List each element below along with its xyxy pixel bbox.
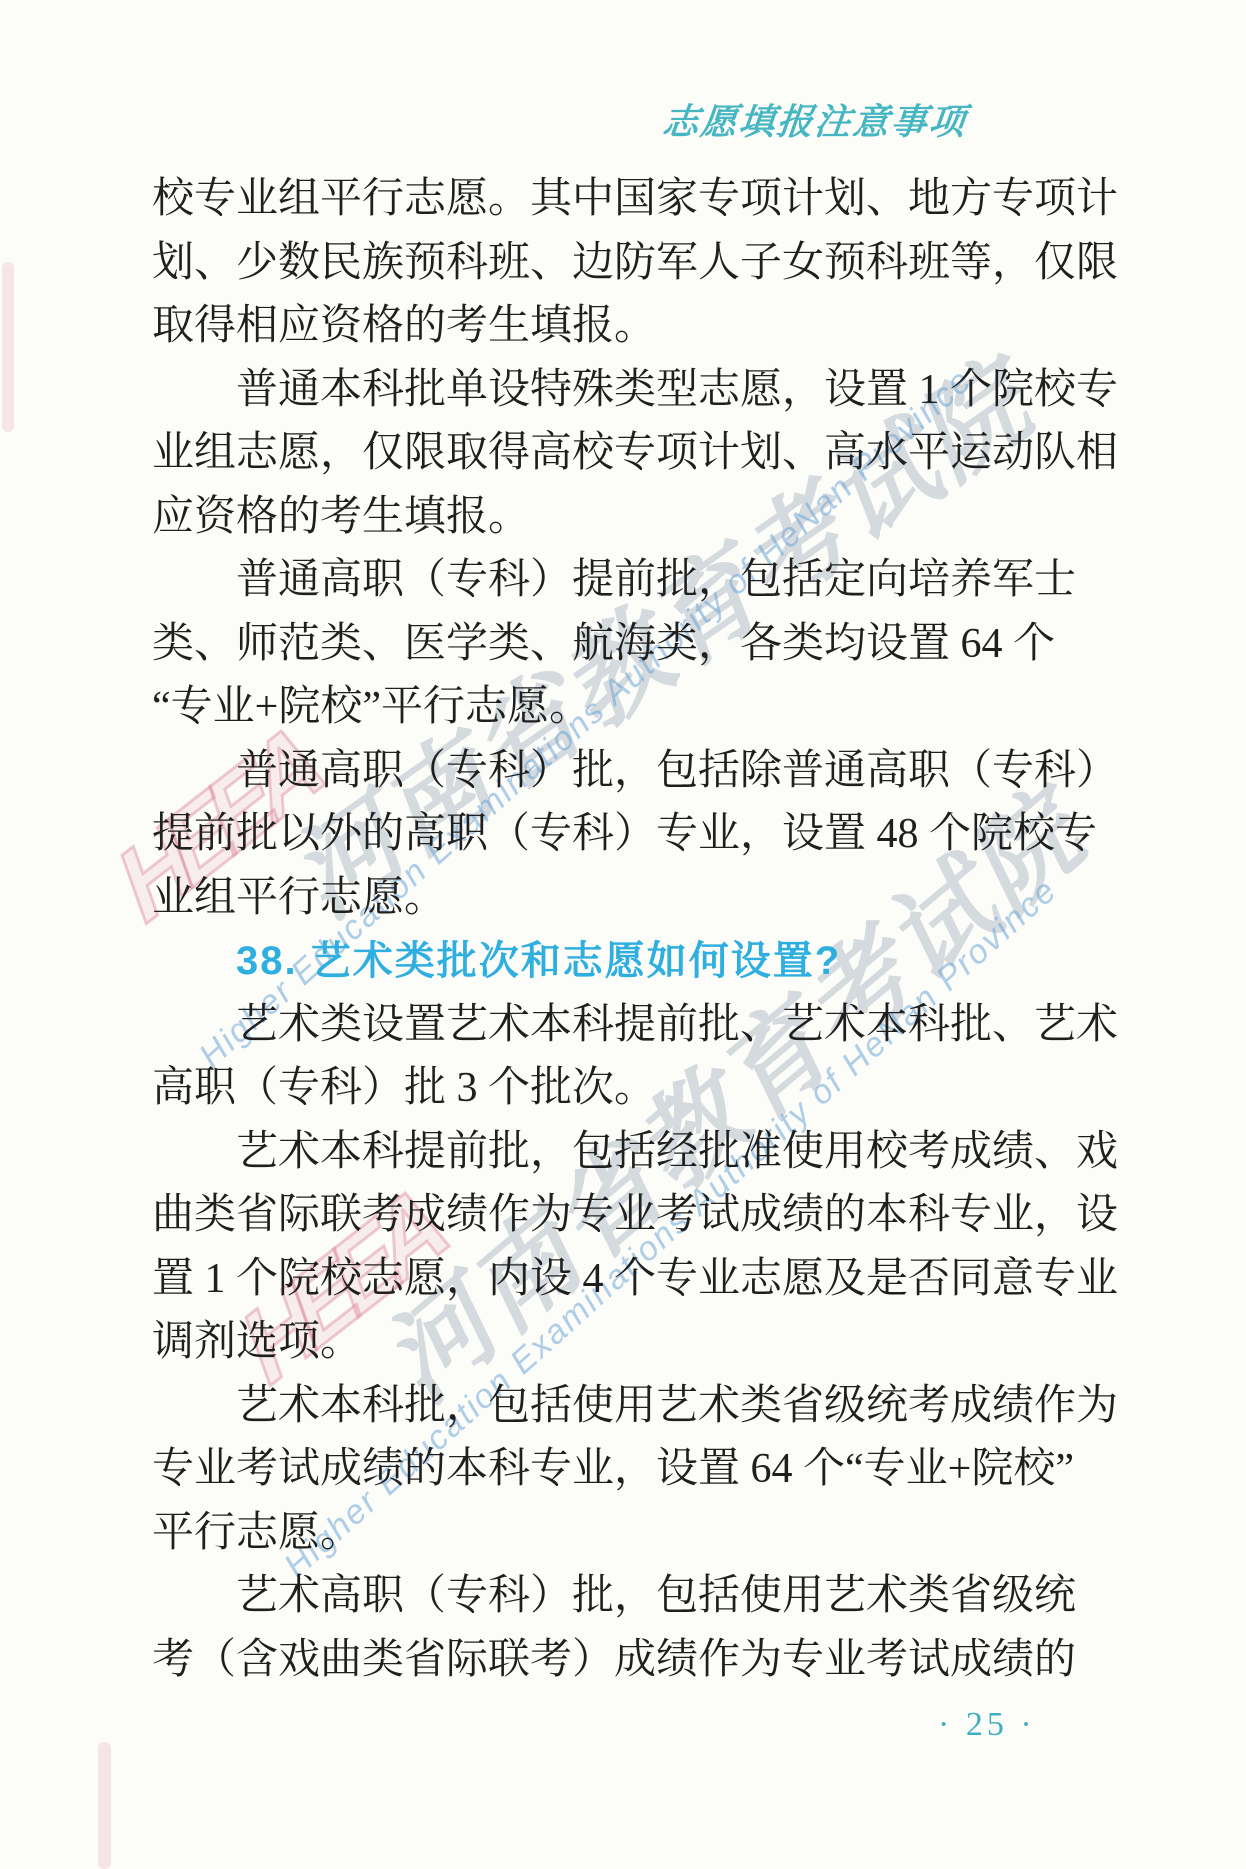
text-line: 平行志愿。	[152, 1502, 1092, 1566]
text-line: 业组平行志愿。	[152, 867, 1092, 931]
text-line: 普通高职（专科）提前批，包括定向培养军士	[152, 549, 1092, 613]
section-heading: 38. 艺术类批次和志愿如何设置?	[152, 930, 1092, 994]
document-page: 志愿填报注意事项 HEEA 河南省教育考试院 Higher Education …	[0, 0, 1246, 1869]
text-line: 高职（专科）批 3 个批次。	[152, 1057, 1092, 1121]
text-line: 类、师范类、医学类、航海类，各类均设置 64 个	[152, 613, 1092, 677]
text-line: 取得相应资格的考生填报。	[152, 295, 1092, 359]
text-line: 考（含戏曲类省际联考）成绩作为专业考试成绩的	[152, 1629, 1092, 1693]
text-line: 艺术本科批，包括使用艺术类省级统考成绩作为	[152, 1375, 1092, 1439]
text-line: 提前批以外的高职（专科）专业，设置 48 个院校专	[152, 803, 1092, 867]
page-header-title: 志愿填报注意事项	[660, 94, 969, 145]
text-line: 艺术类设置艺术本科提前批、艺术本科批、艺术	[152, 994, 1092, 1058]
text-line: 置 1 个院校志愿，内设 4 个专业志愿及是否同意专业	[152, 1248, 1092, 1312]
text-line: 调剂选项。	[152, 1311, 1092, 1375]
body-text: 校专业组平行志愿。其中国家专项计划、地方专项计划、少数民族预科班、边防军人子女预…	[152, 168, 1092, 1692]
text-line: 普通本科批单设特殊类型志愿，设置 1 个院校专	[152, 359, 1092, 423]
text-line: 专业考试成绩的本科专业，设置 64 个“专业+院校”	[152, 1438, 1092, 1502]
scan-artifact	[2, 262, 14, 432]
page-number: · 25 ·	[938, 1706, 1036, 1744]
text-line: “专业+院校”平行志愿。	[152, 676, 1092, 740]
text-line: 普通高职（专科）批，包括除普通高职（专科）	[152, 740, 1092, 804]
text-line: 艺术本科提前批，包括经批准使用校考成绩、戏	[152, 1121, 1092, 1185]
scan-artifact	[98, 1742, 111, 1869]
text-line: 划、少数民族预科班、边防军人子女预科班等，仅限	[152, 232, 1092, 296]
text-line: 艺术高职（专科）批，包括使用艺术类省级统	[152, 1565, 1092, 1629]
text-line: 校专业组平行志愿。其中国家专项计划、地方专项计	[152, 168, 1092, 232]
text-line: 曲类省际联考成绩作为专业考试成绩的本科专业，设	[152, 1184, 1092, 1248]
text-line: 应资格的考生填报。	[152, 486, 1092, 550]
text-line: 业组志愿，仅限取得高校专项计划、高水平运动队相	[152, 422, 1092, 486]
